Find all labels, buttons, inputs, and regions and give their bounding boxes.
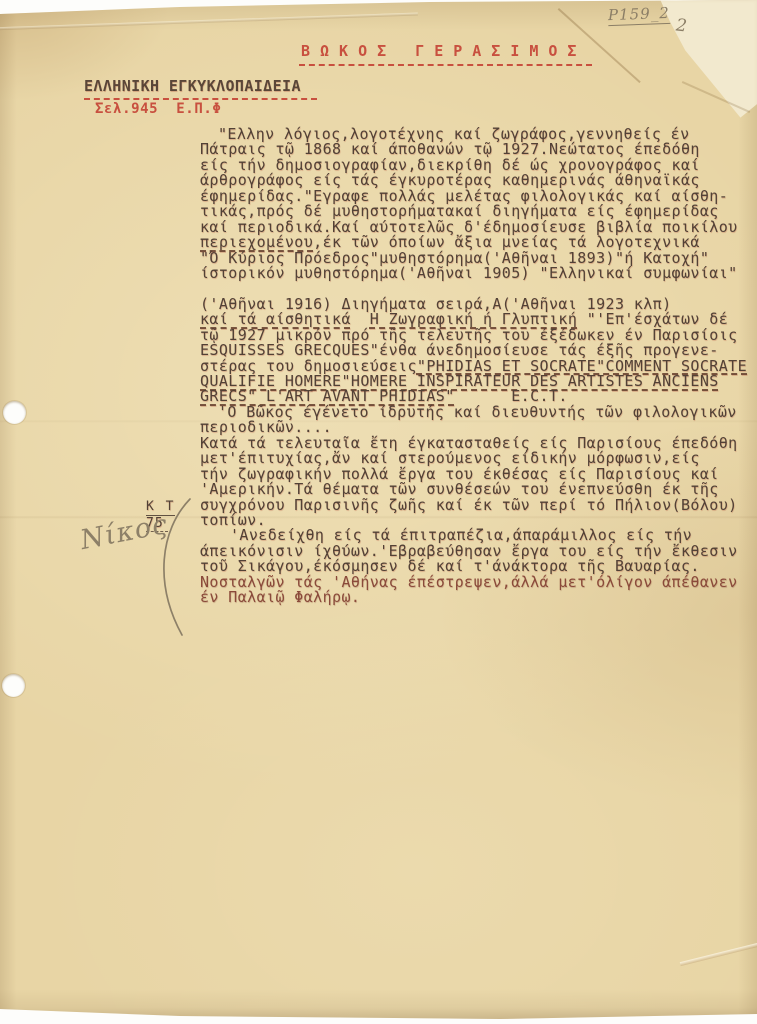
typed-text: έν Παλαιῷ Φαλήρῳ. [200,588,360,606]
punch-hole-top [3,401,26,424]
typed-line: ίστορικόν μυθηστόρημα('Αθῆναι 1905) "Ελλ… [200,266,757,281]
page-reference: Σελ.945 Ε.Π.Φ [95,101,221,117]
paper-sheet: P159_2 2 ΒΩΚΟΣ ΓΕΡΑΣΙΜΟΣ ΕΛΛΗΝΙΚΗ ΕΓΚΥΚΛ… [0,0,757,1024]
typed-line: συγχρόνου Παρισινῆς ζωῆς καί έκ τῶν περί… [200,498,757,513]
page-title: ΒΩΚΟΣ ΓΕΡΑΣΙΜΟΣ [299,42,592,66]
pencil-archive-code: P159_2 [608,4,670,26]
top-fold-crease [0,12,418,30]
bottom-right-crease [680,942,757,966]
typed-text: ίστορικόν μυθηστόρημα('Αθῆναι 1905) "Ελλ… [200,264,738,282]
punch-hole-bottom [2,674,25,697]
scanned-document: P159_2 2 ΒΩΚΟΣ ΓΕΡΑΣΙΜΟΣ ΕΛΛΗΝΙΚΗ ΕΓΚΥΚΛ… [0,0,757,1024]
encyclopedia-heading: ΕΛΛΗΝΙΚΗ ΕΓΚΥΚΛΟΠΑΙΔΕΙΑ [84,77,317,100]
typed-text: συγχρόνου Παρισινῆς ζωῆς καί έκ τῶν περί… [200,496,738,514]
typewritten-body: "Ελλην λόγιος,λογοτέχνης καί ζωγράφος,γε… [200,127,757,606]
pencil-page-number: 2 [675,15,688,36]
typed-line: έν Παλαιῷ Φαλήρῳ. [200,590,757,605]
